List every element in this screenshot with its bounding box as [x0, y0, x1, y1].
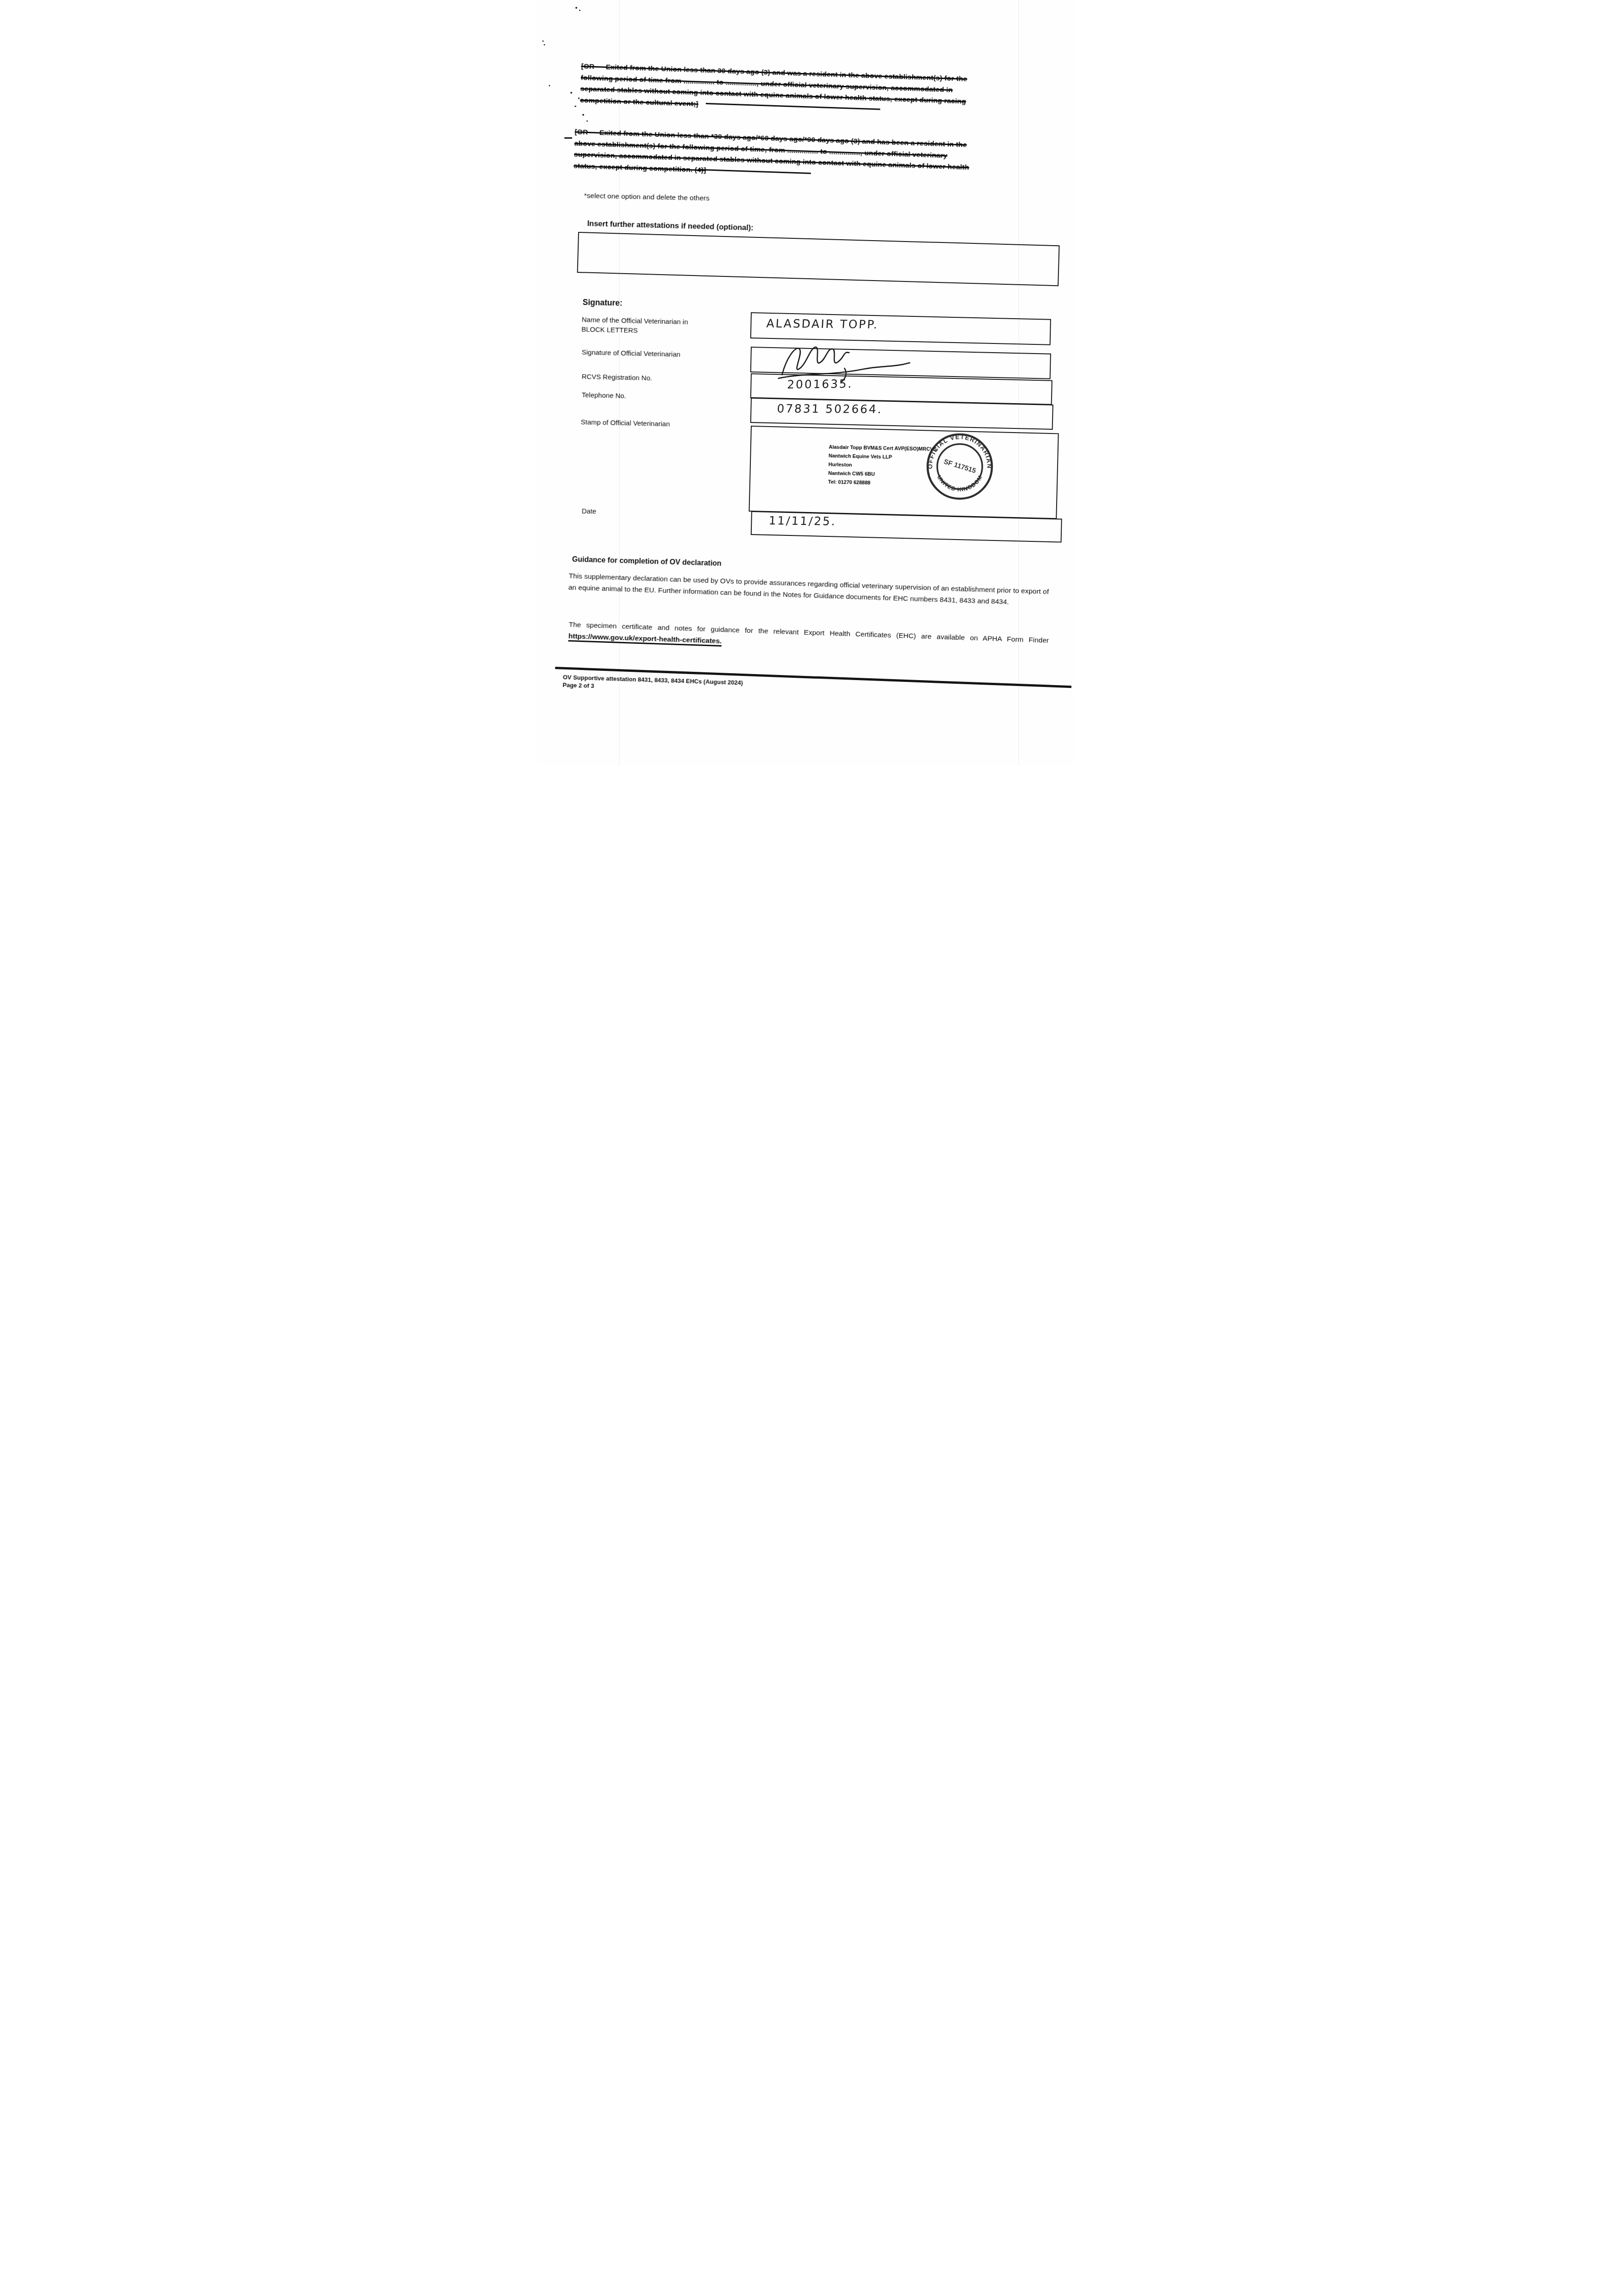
- scan-speckle: [544, 44, 545, 45]
- further-attestations-box[interactable]: [577, 232, 1059, 286]
- phone-label: Telephone No.: [581, 390, 719, 403]
- scan-speckle: [570, 92, 572, 94]
- signature-label: Signature of Official Veterinarian: [581, 348, 719, 360]
- scanned-document-page: [OR — Exited from the Union less than 30…: [537, 0, 1074, 765]
- name-label: Name of the Official Veterinarian in BLO…: [581, 315, 706, 337]
- phone-handwritten-value: 07831 502664.: [777, 402, 883, 416]
- scan-speckle: [578, 97, 580, 99]
- date-label: Date: [581, 506, 596, 517]
- date-handwritten-value: 11/11/25.: [768, 514, 837, 528]
- signature-heading: Signature:: [582, 298, 622, 308]
- scan-fold-line: [619, 0, 619, 765]
- stamp-label: Stamp of Official Veterinarian: [580, 417, 727, 430]
- guidance-heading: Guidance for completion of OV declaratio…: [572, 556, 721, 568]
- name-handwritten-value: ALASDAIR TOPP.: [766, 317, 879, 332]
- scan-speckle: [575, 7, 577, 9]
- rcvs-label: RCVS Registration No.: [581, 372, 719, 385]
- round-stamp-bottom-text: UNITED KINGDOM: [935, 474, 984, 493]
- attestation-option1: [OR — Exited from the Union less than 30…: [580, 61, 1061, 122]
- margin-dash: [564, 137, 572, 139]
- guidance-paragraph-1: This supplementary declaration can be us…: [568, 570, 1049, 609]
- svg-text:UNITED KINGDOM: UNITED KINGDOM: [935, 474, 984, 493]
- round-stamp-number: SF 117515: [942, 458, 976, 475]
- official-veterinarian-round-stamp: OFFICIAL VETERINARIAN UNITED KINGDOM SF …: [925, 432, 995, 501]
- scan-speckle: [586, 120, 588, 122]
- export-health-certificates-link[interactable]: https://www.gov.uk/export-health-certifi…: [568, 632, 722, 647]
- rcvs-handwritten-value: 2001635.: [787, 377, 853, 391]
- scan-speckle: [574, 106, 576, 107]
- further-attestations-heading: Insert further attestations if needed (o…: [587, 219, 753, 232]
- scan-speckle: [582, 114, 584, 116]
- scan-speckle: [542, 40, 544, 42]
- guidance-paragraph-2: The specimen certificate and notes for g…: [568, 619, 1049, 658]
- attestation-option2: [OR — Exited from the Union less than *3…: [573, 127, 1055, 188]
- select-option-note: *select one option and delete the others: [584, 192, 709, 203]
- footer: OV Supportive attestation 8431, 8433, 84…: [562, 673, 743, 694]
- practice-stamp-text: Alasdair Topp BVM&S Cert AVP(ESO)MRCVS N…: [828, 443, 937, 489]
- scan-speckle: [549, 85, 550, 86]
- scan-speckle: [579, 10, 580, 11]
